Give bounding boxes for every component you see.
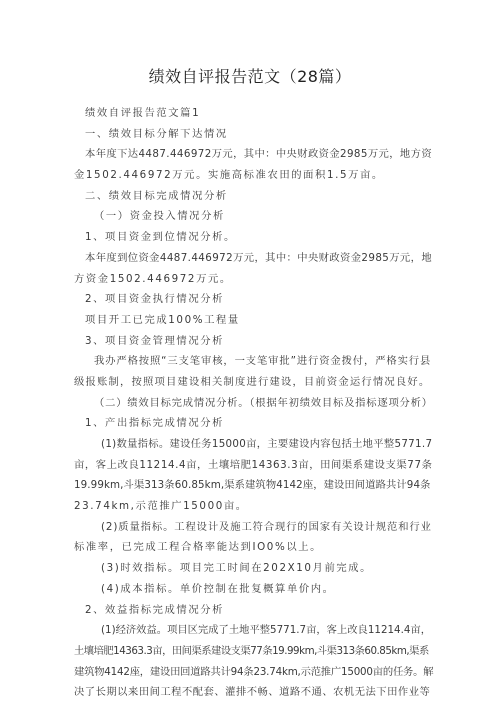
paragraph-line: 1、产出指标完成情况分析 bbox=[74, 413, 432, 434]
paragraph-line: 23.74km,示范推广15000亩。 bbox=[74, 496, 432, 517]
paragraph-line: 建筑物4142座，建设田回道路共计94条23.74km,示范推广15000亩的任… bbox=[74, 662, 432, 683]
paragraph-line: 亩，客上改良11214.4亩，土壤培肥14363.3亩，田间渠系建设支渠77条 bbox=[74, 455, 432, 476]
paragraph-line: 本年度下达4487.446972万元，其中：中央财政资金2985万元，地方资 bbox=[74, 144, 432, 165]
paragraph-line: 二、绩效目标完成情况分析 bbox=[74, 186, 432, 207]
paragraph-line: 决了长期以来田间工程不配套、灌排不畅、道路不通、农机无法下田作业等 bbox=[74, 682, 432, 703]
paragraph-line: 金1502.446972万元。实施高标准农田的面积1.5万亩。 bbox=[74, 165, 432, 186]
document-page: 绩效自评报告范文（28篇） 绩效自评报告范文篇1一、绩效目标分解下达情况本年度下… bbox=[0, 0, 500, 707]
paragraph-line: 绩效自评报告范文篇1 bbox=[74, 103, 432, 124]
paragraph-line: 级报账制，按照项目建设相关制度进行建设，目前资金运行情况良好。 bbox=[74, 372, 432, 393]
paragraph-line: 19.99km,斗渠313条60.85km,渠系建筑物4142座，建设田间道路共… bbox=[74, 475, 432, 496]
paragraph-line: 本年度到位资金4487.446972万元，其中：中央财政资金2985万元，地 bbox=[74, 248, 432, 269]
paragraph-line: 土壤培肥14363.3亩，田间渠系建设支渠77条19.99km,斗渠313条60… bbox=[74, 641, 432, 662]
paragraph-line: 2、项目资金执行情况分析 bbox=[74, 289, 432, 310]
paragraph-line: 2、效益指标完成情况分析 bbox=[74, 600, 432, 621]
paragraph-line: 3、项目资金管理情况分析 bbox=[74, 331, 432, 352]
paragraph-line: (2)质量指标。工程设计及施工符合现行的国家有关设计规范和行业 bbox=[74, 517, 432, 538]
paragraph-line: (1)经济效益。项目区完成了土地平整5771.7亩，客上改良11214.4亩， bbox=[74, 620, 432, 641]
paragraph-line: （一）资金投入情况分析 bbox=[74, 206, 432, 227]
paragraph-line: 1、项目资金到位情况分析。 bbox=[74, 227, 432, 248]
paragraph-line: 方资金1502.446972万元。 bbox=[74, 269, 432, 290]
paragraph-line: (4)成本指标。单价控制在批复概算单价内。 bbox=[74, 579, 432, 600]
document-title: 绩效自评报告范文（28篇） bbox=[0, 64, 500, 87]
paragraph-line: 一、绩效目标分解下达情况 bbox=[74, 124, 432, 145]
paragraph-line: (1)数量指标。建设任务15000亩，主要建设内容包括土地平整5771.7 bbox=[74, 434, 432, 455]
paragraph-line: (3)时效指标。项目完工时间在202X10月前完成。 bbox=[74, 558, 432, 579]
paragraph-line: 项目开工已完成100%工程量 bbox=[74, 310, 432, 331]
document-body: 绩效自评报告范文篇1一、绩效目标分解下达情况本年度下达4487.446972万元… bbox=[74, 103, 432, 703]
paragraph-line: （二）绩效目标完成情况分析。（根据年初绩效目标及指标逐项分析） bbox=[74, 393, 432, 414]
paragraph-line: 我办严格按照“三支笔审核，一支笔审批”进行资金拨付，严格实行县 bbox=[74, 351, 432, 372]
paragraph-line: 标准率，已完成工程合格率能达到IO0%以上。 bbox=[74, 537, 432, 558]
